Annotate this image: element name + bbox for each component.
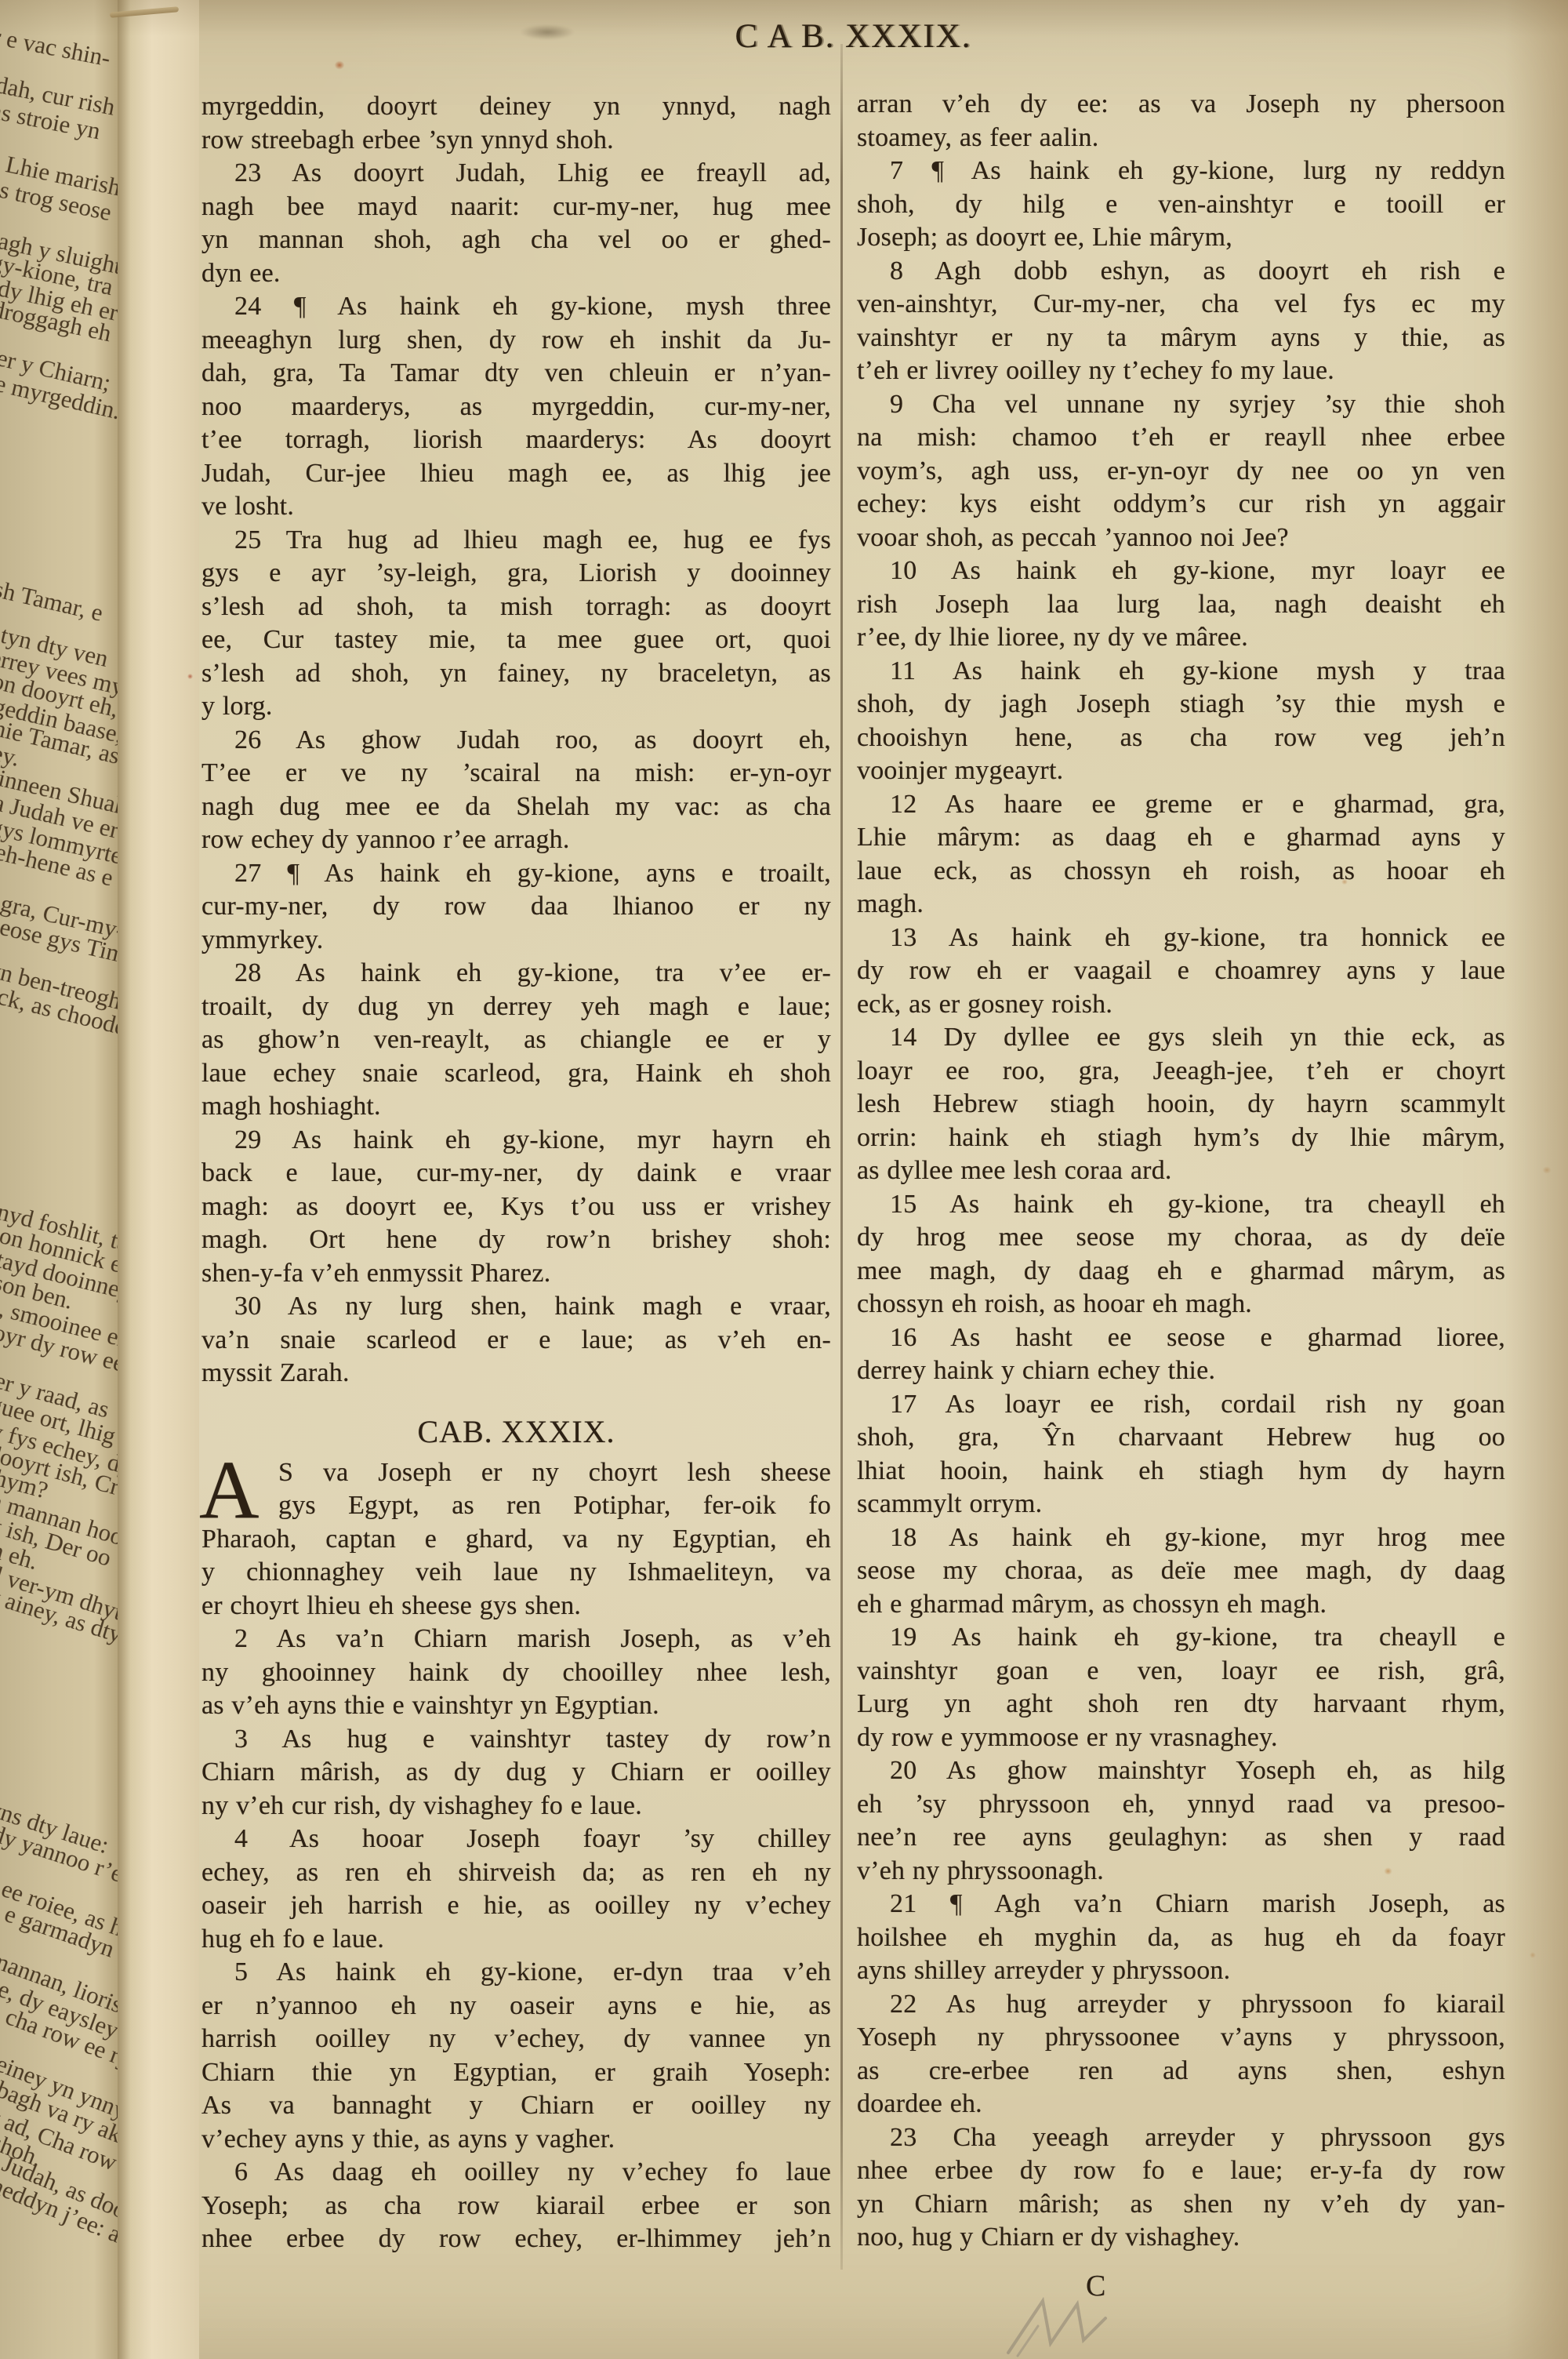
verse-line: Judah, Cur-jee lhieu magh ee, as lhig je… bbox=[201, 457, 831, 491]
verse-line: seose my choraa, as deïe mee magh, dy da… bbox=[857, 1554, 1505, 1588]
verse-line: 5 As haink eh gy-kione, er-dyn traa v’eh bbox=[201, 1956, 831, 1990]
verse-line: rish Joseph laa lurg laa, nagh deaisht e… bbox=[857, 588, 1505, 622]
foxing-spot bbox=[1529, 1951, 1537, 1959]
book-page-scan: r e vac shin-dah, cur rishas stroie yn, … bbox=[0, 0, 1568, 2359]
verse-line: ayns shilley arreyder y phryssoon. bbox=[857, 1954, 1505, 1988]
gutter-text-fragment: r e vac shin- bbox=[0, 24, 113, 71]
verse-line: derrey haink y chiarn echey thie. bbox=[857, 1354, 1505, 1388]
verse-line: Yoseph; as cha row kiarail erbee er son bbox=[201, 2190, 831, 2223]
verse-line: Pharaoh, captan e ghard, va ny Egyptian,… bbox=[201, 1523, 831, 1557]
verse-line: myrgeddin, dooyrt deiney yn ynnyd, nagh bbox=[201, 90, 831, 124]
verse-line: mee magh, dy daag eh e gharmad mârym, as bbox=[857, 1255, 1505, 1289]
verse-line: ven-ainshtyr, Cur-my-ner, cha vel fys ec… bbox=[857, 288, 1505, 322]
verse-line: nagh bee mayd naarit: cur-my-ner, hug me… bbox=[201, 191, 831, 224]
facing-page-gutter: r e vac shin-dah, cur rishas stroie yn, … bbox=[0, 0, 118, 2359]
verse-line: 9 Cha vel unnane ny syrjey ’sy thie shoh bbox=[857, 388, 1505, 422]
verse-line: harrish ooilley ny v’echey, dy vannee yn bbox=[201, 2023, 831, 2056]
verse-line: nagh dug mee ee da Shelah my vac: as cha bbox=[201, 791, 831, 824]
verse-line: As va bannaght y Chiarn er ooilley ny bbox=[201, 2089, 831, 2123]
right-column: arran v’eh dy ee: as va Joseph ny pherso… bbox=[857, 88, 1505, 2255]
verse-line: myssit Zarah. bbox=[201, 1357, 831, 1390]
verse-line: shoh, gra, Ŷn charvaant Hebrew hug oo bbox=[857, 1421, 1505, 1455]
verse-line: yn Chiarn mârish; as shen ny v’eh dy yan… bbox=[857, 2188, 1505, 2222]
drop-cap-block: A S va Joseph er ny choyrt lesh sheesegy… bbox=[201, 1456, 831, 1523]
verse-line: Chiarn mârish, as dy dug y Chiarn er ooi… bbox=[201, 1756, 831, 1790]
verse-line: 18 As haink eh gy-kione, myr hrog mee bbox=[857, 1521, 1505, 1555]
verse-line: Yoseph ny phryssoonee v’ayns y phryssoon… bbox=[857, 2021, 1505, 2055]
verse-line: v’eh ny phryssoonagh. bbox=[857, 1855, 1505, 1888]
verse-line: ymmyrkey. bbox=[201, 924, 831, 958]
verse-line: stoamey, as feer aalin. bbox=[857, 122, 1505, 155]
gutter-text-fragment: ish Tamar, e bbox=[0, 575, 105, 625]
verse-line: 30 As ny lurg shen, haink magh e vraar, bbox=[201, 1290, 831, 1324]
verse-line: dah, gra, Ta Tamar dty ven chleuin er n’… bbox=[201, 357, 831, 391]
verse-line: 19 As haink eh gy-kione, tra cheayll e bbox=[857, 1621, 1505, 1655]
verse-line: 22 As hug arreyder y phryssoon fo kiarai… bbox=[857, 1988, 1505, 2022]
running-head: C A B. XXXIX. bbox=[201, 17, 1505, 56]
verse-line: 24 ¶ As haink eh gy-kione, mysh three bbox=[201, 290, 831, 324]
verse-line: lhiat hooin, haink eh stiagh hym dy hayr… bbox=[857, 1455, 1505, 1488]
verse-line: ny ghooinney haink dy chooilley nhee les… bbox=[201, 1656, 831, 1690]
verse-line: noo maarderys, as myrgeddin, cur-my-ner, bbox=[201, 391, 831, 424]
verse-line: vainshtyr er ny ta mârym ayns y thie, as bbox=[857, 322, 1505, 355]
verse-line: y chionnaghey veih laue ny Ishmaeliteyn,… bbox=[201, 1556, 831, 1590]
verse-line: ee, Cur tastey mie, ta mee guee ort, quo… bbox=[201, 623, 831, 657]
verse-line: y lorg. bbox=[201, 690, 831, 724]
verse-line: eh ’sy phryssoon eh, ynnyd raad va preso… bbox=[857, 1788, 1505, 1822]
verse-line: 29 As haink eh gy-kione, myr hayrn eh bbox=[201, 1124, 831, 1158]
verse-line: shoh, dy hilg e ven-ainshtyr e tooill er bbox=[857, 188, 1505, 222]
verse-line: 10 As haink eh gy-kione, myr loayr ee bbox=[857, 554, 1505, 588]
verse-line: na mish: chamoo t’eh er reayll nhee erbe… bbox=[857, 421, 1505, 455]
verse-line: hug eh fo e laue. bbox=[201, 1923, 831, 1957]
verse-line: row streebagh erbee ’syn ynnyd shoh. bbox=[201, 124, 831, 158]
verse-line: 20 As ghow mainshtyr Yoseph eh, as hilg bbox=[857, 1754, 1505, 1788]
left-column-part-b: Pharaoh, captan e ghard, va ny Egyptian,… bbox=[201, 1523, 831, 2256]
verse-line: va’n snaie scarleod er e laue; as v’eh e… bbox=[201, 1324, 831, 1358]
verse-line: 25 Tra hug ad lhieu magh ee, hug ee fys bbox=[201, 524, 831, 558]
verse-line: troailt, dy dug yn derrey yeh magh e lau… bbox=[201, 990, 831, 1024]
verse-line: 15 As haink eh gy-kione, tra cheayll eh bbox=[857, 1188, 1505, 1222]
verse-line: chooishyn hene, as cha row veg jeh’n bbox=[857, 722, 1505, 755]
verse-line: magh. bbox=[857, 888, 1505, 921]
verse-line: 16 As hasht ee seose e gharmad lioree, bbox=[857, 1321, 1505, 1355]
verse-line: 14 Dy dyllee ee gys sleih yn thie eck, a… bbox=[857, 1021, 1505, 1055]
verse-line: vooar shoh, as peccah ’yannoo noi Jee? bbox=[857, 522, 1505, 555]
chapter-heading: CAB. XXXIX. bbox=[201, 1390, 831, 1456]
verse-line: 12 As haare ee greme er e gharmad, gra, bbox=[857, 788, 1505, 822]
verse-line: row echey dy yannoo r’ee arragh. bbox=[201, 823, 831, 857]
pencil-mark bbox=[1002, 2295, 1120, 2359]
verse-line: orrin: haink eh stiagh hym’s dy lhie mâr… bbox=[857, 1121, 1505, 1155]
verse-line: t’ee torragh, liorish maarderys: As dooy… bbox=[201, 423, 831, 457]
verse-line: eck, as er gosney roish. bbox=[857, 988, 1505, 1022]
verse-line: cur-my-ner, dy row daa lhianoo er ny bbox=[201, 890, 831, 924]
verse-line: ny v’eh cur rish, dy vishaghey fo e laue… bbox=[201, 1790, 831, 1823]
verse-line: 2 As va’n Chiarn marish Joseph, as v’eh bbox=[201, 1623, 831, 1656]
verse-line: yn mannan shoh, agh cha vel oo er ghed- bbox=[201, 224, 831, 257]
verse-line: as ghow’n ven-reaylt, as chiangle ee er … bbox=[201, 1023, 831, 1057]
verse-line: vainshtyr goan e ven, loayr ee rish, grâ… bbox=[857, 1655, 1505, 1688]
verse-line: 8 Agh dobb eshyn, as dooyrt eh rish e bbox=[857, 255, 1505, 289]
verse-line: magh hoshiaght. bbox=[201, 1090, 831, 1124]
verse-line: t’eh er livrey ooilley ny t’echey fo my … bbox=[857, 354, 1505, 388]
rust-stain bbox=[333, 60, 346, 71]
verse-line: scammylt orrym. bbox=[857, 1488, 1505, 1521]
verse-line: magh. Ort hene dy row’n brishey shoh: bbox=[201, 1223, 831, 1257]
left-column-part-a: myrgeddin, dooyrt deiney yn ynnyd, naghr… bbox=[201, 90, 831, 1390]
verse-line: 13 As haink eh gy-kione, tra honnick ee bbox=[857, 921, 1505, 955]
drop-cap-letter: A bbox=[199, 1456, 260, 1523]
verse-line: doardee eh. bbox=[857, 2088, 1505, 2121]
verse-line: nhee erbee dy row echey, er-lhimmey jeh’… bbox=[201, 2223, 831, 2256]
verse-line: nee’n ree ayns geulaghyn: as shen y raad bbox=[857, 1821, 1505, 1855]
verse-line: gys Egypt, as ren Potiphar, fer-oik fo bbox=[278, 1489, 831, 1523]
verse-line: 3 As hug e vainshtyr tastey dy row’n bbox=[201, 1723, 831, 1757]
verse-line: dy row eh er vaagail e choamrey ayns y l… bbox=[857, 954, 1505, 988]
verse-line: Lhie mârym: as daag eh e gharmad ayns y bbox=[857, 821, 1505, 855]
verse-line: dy hrog mee seose my choraa, as dy deïe bbox=[857, 1221, 1505, 1255]
verse-line: as cre-erbee ren ad ayns shen, eshyn bbox=[857, 2055, 1505, 2088]
verse-line: oaseir jeh harrish e hie, as ooilley ny … bbox=[201, 1889, 831, 1923]
verse-line: Joseph; as dooyrt ee, Lhie mârym, bbox=[857, 221, 1505, 255]
verse-line: 7 ¶ As haink eh gy-kione, lurg ny reddyn bbox=[857, 154, 1505, 188]
verse-line: er n’yannoo eh ny oaseir ayns e hie, as bbox=[201, 1990, 831, 2023]
verse-line: 27 ¶ As haink eh gy-kione, ayns e troail… bbox=[201, 857, 831, 891]
verse-line: dy row e yymmoose er ny vrasnaghey. bbox=[857, 1721, 1505, 1755]
verse-line: 23 Cha yeeagh arreyder y phryssoon gys bbox=[857, 2121, 1505, 2155]
verse-line: shen-y-fa v’eh enmyssit Pharez. bbox=[201, 1257, 831, 1291]
verse-line: as dyllee mee lesh coraa ard. bbox=[857, 1154, 1505, 1188]
verse-line: loayr ee roo, gra, Jeeagh-jee, t’eh er c… bbox=[857, 1055, 1505, 1089]
verse-line: arran v’eh dy ee: as va Joseph ny pherso… bbox=[857, 88, 1505, 122]
verse-line: echey, as ren eh shirveish da; as ren eh… bbox=[201, 1856, 831, 1890]
verse-line: chossyn eh roish, as hooar eh magh. bbox=[857, 1288, 1505, 1321]
verse-line: hoilshee eh myghin da, as hug eh da foay… bbox=[857, 1921, 1505, 1955]
foxing-spot bbox=[1541, 1165, 1552, 1175]
verse-line: as v’eh ayns thie e vainshtyr yn Egyptia… bbox=[201, 1689, 831, 1723]
verse-line: s’lesh ad shoh, yn fainey, ny braceletyn… bbox=[201, 657, 831, 691]
drop-cap-lines: S va Joseph er ny choyrt lesh sheesegys … bbox=[278, 1456, 831, 1523]
verse-line: 21 ¶ Agh va’n Chiarn marish Joseph, as bbox=[857, 1888, 1505, 1921]
verse-line: r’ee, dy lhie lioree, ny dy ve mâree. bbox=[857, 621, 1505, 655]
verse-line: ve losht. bbox=[201, 490, 831, 524]
verse-line: vooinjer mygeayrt. bbox=[857, 754, 1505, 788]
verse-line: 11 As haink eh gy-kione mysh y traa bbox=[857, 655, 1505, 689]
verse-line: v’echey ayns y thie, as ayns y vagher. bbox=[201, 2123, 831, 2157]
verse-line: S va Joseph er ny choyrt lesh sheese bbox=[278, 1456, 831, 1490]
verse-line: back e laue, cur-my-ner, dy daink e vraa… bbox=[201, 1157, 831, 1190]
verse-line: laue echey snaie scarleod, gra, Haink eh… bbox=[201, 1057, 831, 1091]
verse-line: T’ee er ve ny ’scairal na mish: er-yn-oy… bbox=[201, 757, 831, 791]
verse-line: dyn ee. bbox=[201, 257, 831, 291]
column-divider-rule bbox=[840, 44, 843, 2270]
verse-line: s’lesh ad shoh, ta mish torragh: as dooy… bbox=[201, 591, 831, 624]
verse-line: shoh, dy jagh Joseph stiagh ’sy thie mys… bbox=[857, 688, 1505, 722]
verse-line: eh e gharmad mârym, as chossyn eh magh. bbox=[857, 1588, 1505, 1622]
verse-line: 17 As loayr ee rish, cordail rish ny goa… bbox=[857, 1388, 1505, 1422]
verse-line: Chiarn thie yn Egyptian, er graih Yoseph… bbox=[201, 2056, 831, 2090]
verse-line: noo, hug y Chiarn er dy vishaghey. bbox=[857, 2221, 1505, 2255]
verse-line: voym’s, agh uss, er-yn-oyr dy nee oo yn … bbox=[857, 455, 1505, 489]
verse-line: echey: kys eisht oddym’s cur rish yn agg… bbox=[857, 488, 1505, 522]
verse-line: Lurg yn aght shoh ren dty harvaant rhym, bbox=[857, 1688, 1505, 1721]
verse-line: 28 As haink eh gy-kione, tra v’ee er- bbox=[201, 957, 831, 990]
verse-line: er choyrt lhieu eh sheese gys shen. bbox=[201, 1590, 831, 1623]
verse-line: nhee erbee dy row fo e laue; er-y-fa dy … bbox=[857, 2154, 1505, 2188]
verse-line: 6 As daag eh ooilley ny v’echey fo laue bbox=[201, 2156, 831, 2190]
verse-line: meeaghyn lurg shen, dy row eh inshit da … bbox=[201, 324, 831, 358]
left-column: myrgeddin, dooyrt deiney yn ynnyd, naghr… bbox=[201, 90, 831, 2256]
verse-line: lesh Hebrew stiagh hooin, dy hayrn scamm… bbox=[857, 1088, 1505, 1121]
verse-line: magh: as dooyrt ee, Kys t’ou uss er vris… bbox=[201, 1190, 831, 1224]
verse-line: 23 As dooyrt Judah, Lhig ee freayll ad, bbox=[201, 157, 831, 191]
verse-line: laue eck, as chossyn eh roish, as hooar … bbox=[857, 855, 1505, 889]
verse-line: gys e ayr ’sy-leigh, gra, Liorish y dooi… bbox=[201, 557, 831, 591]
page-curl-edge bbox=[118, 0, 199, 2359]
verse-line: 26 As ghow Judah roo, as dooyrt eh, bbox=[201, 724, 831, 758]
verse-line: 4 As hooar Joseph foayr ’sy chilley bbox=[201, 1823, 831, 1856]
